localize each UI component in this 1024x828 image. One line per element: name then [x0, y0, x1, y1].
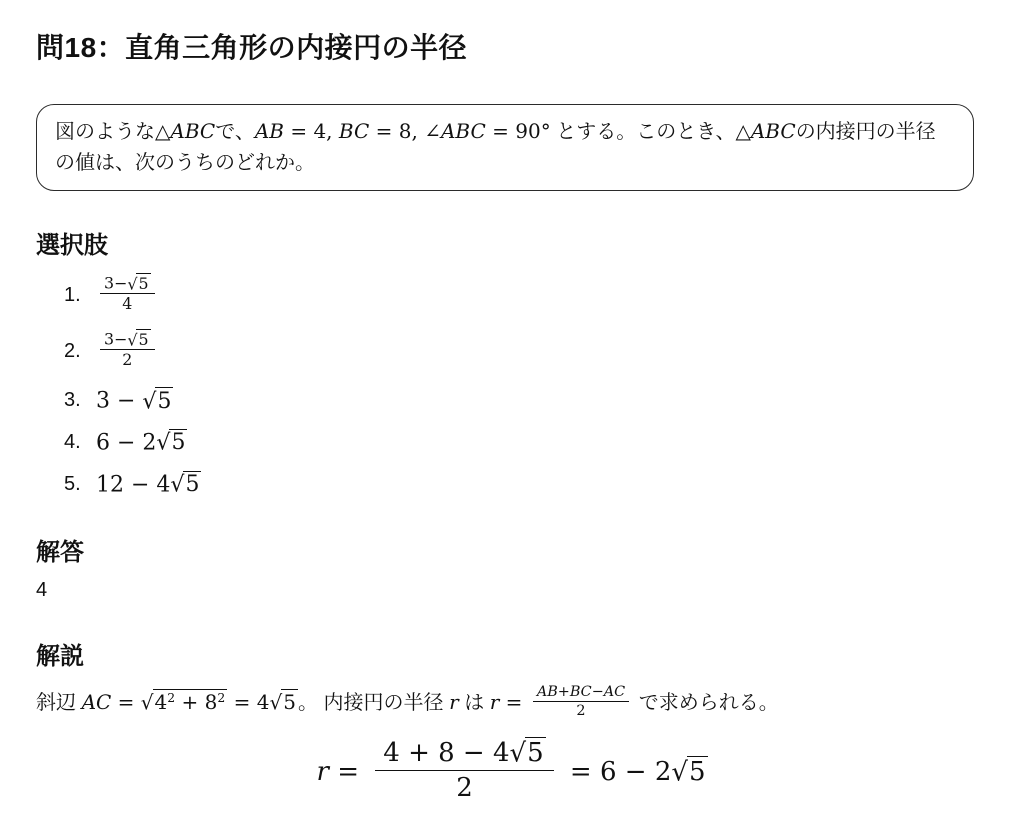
problem-text: 図のような△ABCで、AB = 4, BC = 8, ∠ABC = 90° とす… [55, 121, 936, 174]
choice-number: 5. [64, 473, 96, 496]
choice-number: 2. [64, 340, 96, 363]
problem-statement-box: 図のような△ABCで、AB = 4, BC = 8, ∠ABC = 90° とす… [36, 104, 974, 191]
choice-item-1: 1. 3−√54 [64, 275, 988, 316]
choice-item-3: 3. 3 − √5 [64, 387, 988, 414]
choice-number: 3. [64, 389, 96, 412]
page-title: 問18：直角三角形の内接円の半径 [36, 26, 988, 66]
answer-value: 4 [36, 579, 988, 602]
sqrt-radical: √5 [127, 273, 150, 293]
choice-item-2: 2. 3−√52 [64, 331, 988, 372]
sqrt-radical: √5 [156, 429, 187, 456]
document-page: 問18：直角三角形の内接円の半径 図のような△ABCで、AB = 4, BC =… [0, 0, 1024, 828]
choice-math: 3−√52 [96, 331, 159, 372]
choice-number: 1. [64, 284, 96, 307]
choice-math: 3−√54 [96, 275, 159, 316]
choice-item-4: 4. 6 − 2√5 [64, 429, 988, 456]
choice-math: 6 − 2√5 [96, 429, 187, 456]
sqrt-radical: √5 [671, 756, 707, 787]
sqrt-radical: √5 [170, 471, 201, 498]
answer-heading: 解答 [36, 532, 988, 567]
display-formula: r = 4 + 8 − 4√52 = 6 − 2√5 [36, 738, 988, 808]
choice-item-5: 5. 12 − 4√5 [64, 471, 988, 498]
sqrt-radical: √5 [127, 329, 150, 349]
choice-math: 3 − √5 [96, 387, 173, 414]
choice-math: 12 − 4√5 [96, 471, 201, 498]
sqrt-radical: √5 [142, 387, 173, 414]
choices-heading: 選択肢 [36, 225, 988, 260]
sqrt-radical: √5 [510, 737, 546, 768]
choice-number: 4. [64, 431, 96, 454]
sqrt-radical: √42 + 82 [141, 689, 227, 714]
explanation-heading: 解説 [36, 636, 988, 671]
choices-list: 1. 3−√54 2. 3−√52 3. 3 − √5 4. 6 − 2√5 5… [36, 275, 988, 498]
sqrt-radical: √5 [269, 689, 297, 714]
explanation-text: 斜辺 AC = √42 + 82 = 4√5。 内接円の半径 r は r = A… [36, 685, 988, 722]
